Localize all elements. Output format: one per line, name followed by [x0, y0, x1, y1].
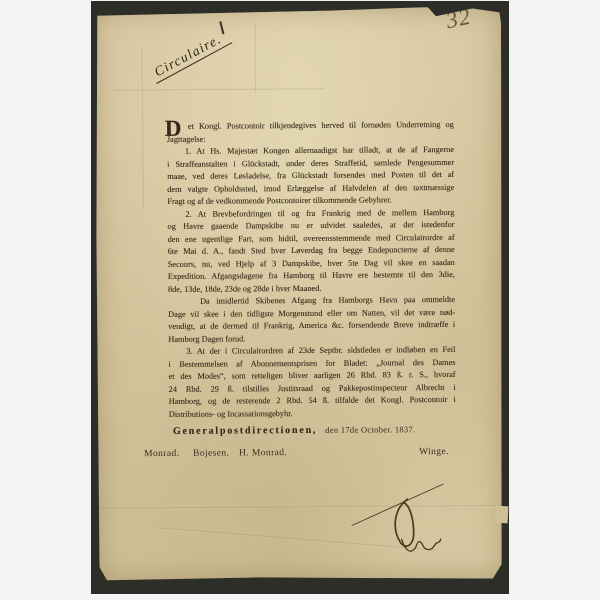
signoff-line: Generalpostdirectionen, den 17de October…	[173, 419, 473, 439]
circulaire-annotation: Circulaire.	[148, 27, 232, 84]
issuing-authority: Generalpostdirectionen,	[173, 425, 317, 437]
document-line: Expedition. Afgangsdagene fra Hamborg ti…	[168, 269, 455, 284]
issue-date: den 17de October. 1837.	[325, 424, 415, 435]
document-line: dem valgte Opholdssted, imod Erlæggelse …	[167, 181, 454, 196]
drop-cap-initial: D	[165, 117, 182, 140]
signatory-name: Winge.	[419, 447, 449, 457]
signatory-name: Bojesen.	[193, 448, 229, 458]
paper-crease	[141, 49, 144, 209]
handwritten-signature	[347, 475, 458, 568]
archive-number: 32	[444, 4, 474, 35]
page-background: Circulaire. 32 D et Kongl. Postcontoir t…	[0, 0, 600, 600]
document-body: D et Kongl. Postcontoir tilkjendegives h…	[167, 119, 456, 421]
document-line: vendigt, at de dermed til Frankrig, Amer…	[168, 319, 455, 334]
signatories-row: Monrad. Bojesen. H. Monrad. Winge.	[97, 447, 504, 464]
document-line: et Kongl. Postcontoir tilkjendegives her…	[167, 119, 454, 134]
circular-document-paper: Circulaire. 32 D et Kongl. Postcontoir t…	[94, 7, 505, 582]
signatory-name: H. Monrad.	[239, 448, 287, 458]
pen-flourish	[219, 22, 224, 35]
paper-crease	[254, 23, 256, 93]
document-line: Hamborg, og de resterende 2 Rbd. 54 ß. t…	[169, 394, 456, 409]
paper-crease	[115, 88, 325, 91]
document-photo-mount: Circulaire. 32 D et Kongl. Postcontoir t…	[91, 1, 509, 594]
paper-edge-overhang	[495, 506, 509, 524]
circulaire-annotation-text: Circulaire.	[152, 31, 224, 79]
signatory-name: Monrad.	[144, 449, 179, 459]
